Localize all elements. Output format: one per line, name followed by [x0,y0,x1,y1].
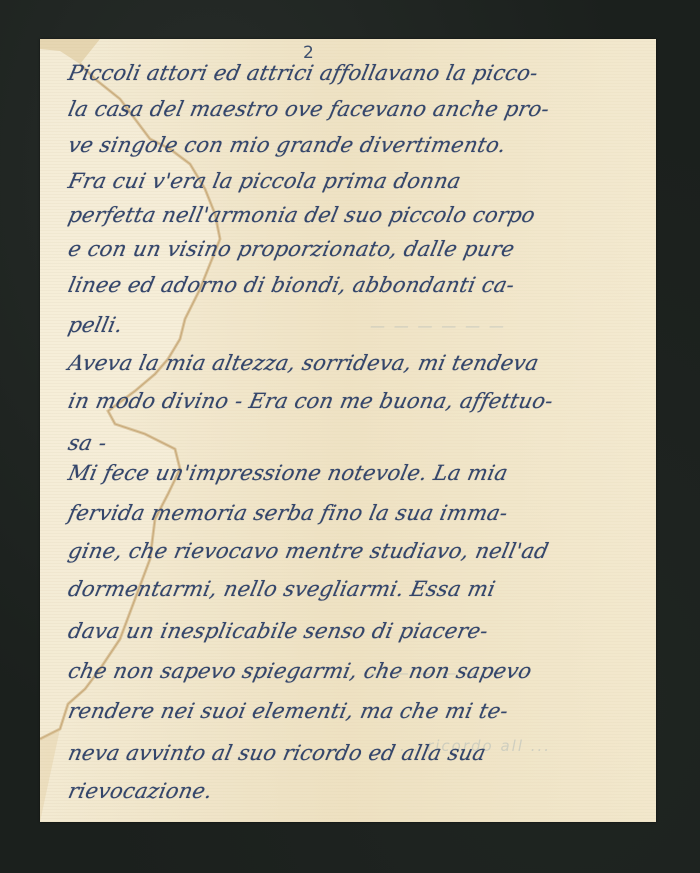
text-line: gine, che rievocavo mentre studiavo, nel… [66,539,551,563]
page-number: 2 [303,43,314,63]
text-line: e con un visino proporzionato, dalle pur… [66,237,517,261]
text-line: Aveva la mia altezza, sorrideva, mi tend… [66,351,541,375]
text-line: Fra cui v'era la piccola prima donna [66,169,463,193]
text-line: dava un inesplicabile senso di piacere- [66,619,490,643]
text-line: che non sapevo spiegarmi, che non sapevo [66,659,534,683]
text-line: fervida memoria serba fino la sua imma- [66,501,510,525]
text-line: rendere nei suoi elementi, ma che mi te- [66,699,511,723]
bleed-through-text: — — — — — — [370,317,506,335]
manuscript-page: — — — — — — — — — — — — — ... ricordo al… [40,39,656,822]
text-line: pelli. [66,313,125,337]
text-line: Mi fece un'impressione notevole. La mia [66,461,510,485]
text-line: perfetta nell'armonia del suo piccolo co… [66,203,537,227]
text-line: rievocazione. [66,779,215,803]
text-line: in modo divino - Era con me buona, affet… [66,389,555,413]
text-line: dormentarmi, nello svegliarmi. Essa mi [66,577,498,601]
text-line: linee ed adorno di biondi, abbondanti ca… [66,273,517,297]
text-line: ve singole con mio grande divertimento. [66,133,508,157]
text-line: neva avvinto al suo ricordo ed alla sua [66,741,488,765]
text-line: sa - [66,431,109,455]
text-line: Piccoli attori ed attrici affollavano la… [66,61,540,85]
text-line: la casa del maestro ove facevano anche p… [66,97,552,121]
